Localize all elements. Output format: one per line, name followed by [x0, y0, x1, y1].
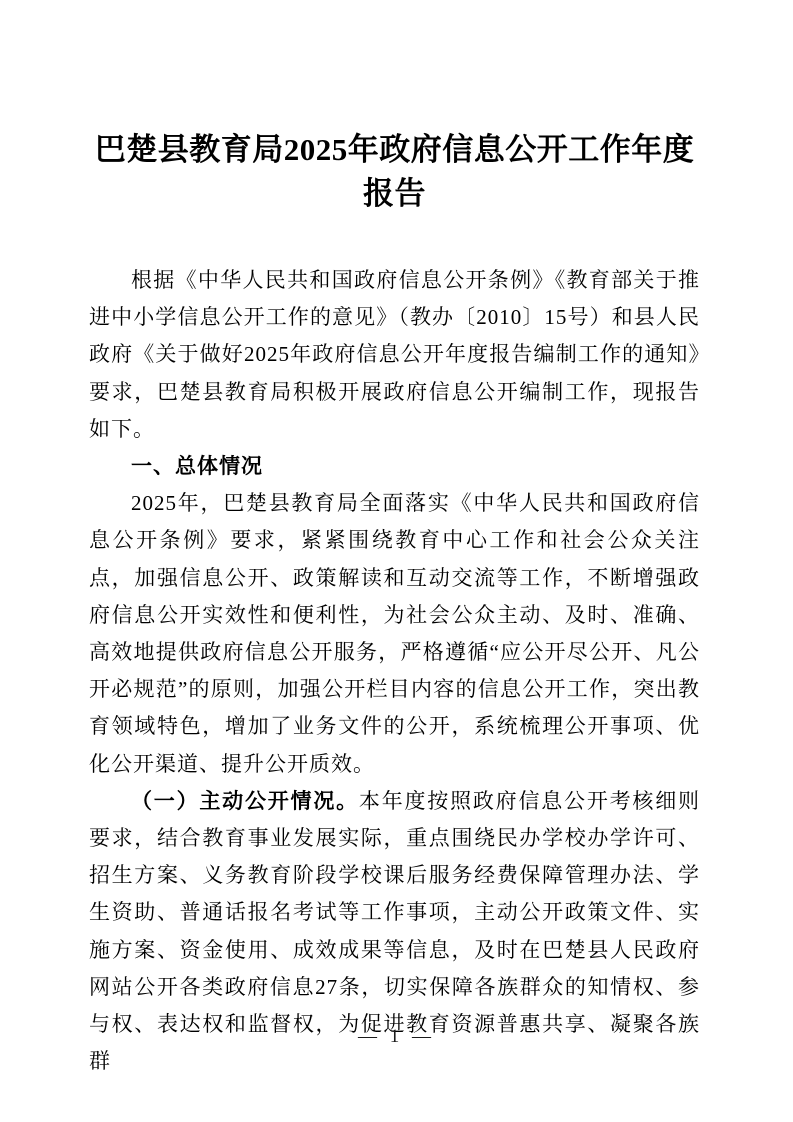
page-number: — 1 —	[358, 1026, 435, 1047]
page-footer: — 1 —	[0, 1026, 793, 1048]
intro-paragraph: 根据《中华人民共和国政府信息公开条例》《教育部关于推进中小学信息公开工作的意见》…	[89, 262, 700, 448]
section1-paragraph: 2025年，巴楚县教育局全面落实《中华人民共和国政府信息公开条例》要求，紧紧围绕…	[89, 485, 700, 783]
document-content: 巴楚县教育局2025年政府信息公开工作年度报告 根据《中华人民共和国政府信息公开…	[0, 128, 793, 1080]
document-body: 根据《中华人民共和国政府信息公开条例》《教育部关于推进中小学信息公开工作的意见》…	[89, 262, 700, 1080]
section-heading-overall-situation: 一、总体情况	[89, 448, 700, 485]
subsection1-lead: （一）主动公开情况。	[131, 789, 359, 813]
document-title: 巴楚县教育局2025年政府信息公开工作年度报告	[89, 128, 700, 216]
document-page: 巴楚县教育局2025年政府信息公开工作年度报告 根据《中华人民共和国政府信息公开…	[0, 0, 793, 1122]
